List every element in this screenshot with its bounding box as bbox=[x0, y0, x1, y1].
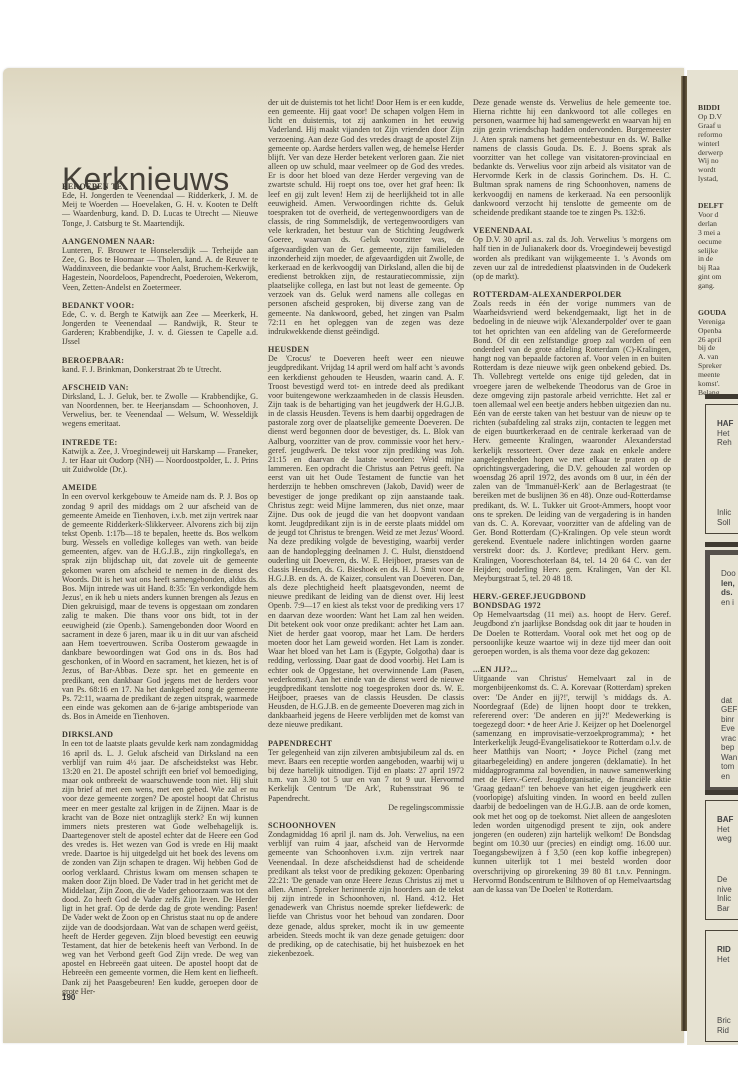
section-body: der uit de duisternis tot het licht! Doo… bbox=[268, 98, 464, 336]
section-body: Zoals reeds in één der vorige nummers va… bbox=[473, 299, 671, 583]
advert-line: De bbox=[717, 875, 732, 885]
article-section: Deze genade wenste ds. Verwelius de hele… bbox=[473, 98, 671, 217]
advert-line: Bric bbox=[717, 1016, 731, 1026]
advert-footer: BricRid bbox=[717, 1016, 731, 1035]
advert-box-2: Doolen,ds.en idatGEFbinrEvevracbepWantom… bbox=[705, 550, 738, 792]
advert-footer: DeniveInlicBar bbox=[717, 875, 732, 913]
section-body: Dirksland, L. J. Geluk, ber. te Zwolle —… bbox=[62, 392, 258, 429]
section-subheading: BONDSDAG 1972 bbox=[473, 601, 671, 610]
advert-line: bep bbox=[721, 743, 737, 753]
column-1: BEROEPEN TE:Ede, H. Jongerden te Veenend… bbox=[62, 182, 258, 1005]
section-heading: BEDANKT VOOR: bbox=[62, 301, 258, 310]
section-body: Lunteren, F. Brouwer te Honselersdijk — … bbox=[62, 246, 258, 292]
advert-box-3: BAFHetwegDeniveInlicBar bbox=[705, 800, 738, 920]
advert-line: dat bbox=[721, 696, 737, 706]
article-section: AFSCHEID VAN:Dirksland, L. J. Geluk, ber… bbox=[62, 383, 258, 429]
divider-bar bbox=[705, 394, 738, 399]
facing-page-column: BIDDIOp D.VGraaf ureformowinterlderwerpW… bbox=[698, 104, 738, 398]
article-section: INTREDE TE:Katwijk a. Zee, J. Vroegindew… bbox=[62, 438, 258, 475]
advert-line: GEF bbox=[721, 705, 737, 715]
advert-line: tom bbox=[721, 762, 737, 772]
advert-line: Eve bbox=[721, 724, 737, 734]
section-heading: AFSCHEID VAN: bbox=[62, 383, 258, 392]
advert-box-1: HAFHetRehInlicSoll bbox=[705, 404, 738, 534]
section-body: Katwijk a. Zee, J. Vroegindeweij uit Har… bbox=[62, 447, 258, 474]
page-number: 190 bbox=[62, 993, 75, 1002]
section-heading: HERV.-GEREF.JEUGDBOND bbox=[473, 592, 671, 601]
section-heading: ROTTERDAM-ALEXANDERPOLDER bbox=[473, 290, 671, 299]
advert-line: Het bbox=[717, 955, 731, 965]
section-body: In een tot de laatste plaats gevulde ker… bbox=[62, 739, 258, 995]
advert-line: Soll bbox=[717, 518, 731, 528]
advert-line: ds. bbox=[721, 588, 736, 598]
article-section: AANGENOMEN NAAR:Lunteren, F. Brouwer te … bbox=[62, 237, 258, 292]
section-heading: SCHOONHOVEN bbox=[268, 821, 464, 830]
article-section: VEENENDAALOp D.V. 30 april a.s. zal ds. … bbox=[473, 226, 671, 281]
facing-page: BIDDIOp D.VGraaf ureformowinterlderwerpW… bbox=[687, 70, 738, 1045]
advert-line: Inlic bbox=[717, 894, 732, 904]
article-section: BEDANKT VOOR:Ede, C. v. d. Bergh te Katw… bbox=[62, 301, 258, 347]
article-section: BEROEPEN TE:Ede, H. Jongerden te Veenend… bbox=[62, 182, 258, 228]
advert-line: Rid bbox=[717, 1026, 731, 1036]
section-heading: BEROEPEN TE: bbox=[62, 182, 258, 191]
article-section: DIRKSLANDIn een tot de laatste plaats ge… bbox=[62, 730, 258, 996]
section-body: kand. F. J. Brinkman, Donkerstraat 2b te… bbox=[62, 365, 258, 374]
advert-line: en i bbox=[721, 598, 736, 608]
article-section: AMEIDEIn een overvol kerkgebouw te Ameid… bbox=[62, 483, 258, 721]
facing-text-line: lystad, bbox=[698, 175, 738, 184]
section-body: Deze genade wenste ds. Verwelius de hele… bbox=[473, 98, 671, 217]
signature: De regelingscommissie bbox=[268, 803, 464, 812]
advert-box-4: RIDHetBricRid bbox=[705, 930, 738, 1042]
advert-line: len, bbox=[721, 579, 736, 589]
section-body: Ter gelegenheid van zijn zilveren ambtsj… bbox=[268, 748, 464, 803]
facing-text-line: gang. bbox=[698, 282, 738, 291]
section-heading: ...EN JIJ?... bbox=[473, 665, 671, 674]
advert-line: HAF bbox=[717, 419, 733, 429]
advert-line: BAF bbox=[717, 815, 733, 825]
article-section: PAPENDRECHTTer gelegenheid van zijn zilv… bbox=[268, 739, 464, 812]
facing-text-line bbox=[698, 184, 738, 193]
column-3: Deze genade wenste ds. Verwelius de hele… bbox=[473, 98, 671, 903]
section-body: De 'Crocus' te Doeveren heeft weer een n… bbox=[268, 354, 464, 729]
advert-line: Bar bbox=[717, 904, 732, 914]
advert-line: Het bbox=[717, 825, 733, 835]
article-section: HEUSDENDe 'Crocus' te Doeveren heeft wee… bbox=[268, 345, 464, 730]
article-section: BEROEPBAAR:kand. F. J. Brinkman, Donkers… bbox=[62, 356, 258, 374]
section-body: Op Hemelvaartsdag (11 mei) a.s. hoopt de… bbox=[473, 610, 671, 656]
advert-line: nive bbox=[717, 885, 732, 895]
advert-header: BAFHetweg bbox=[717, 815, 733, 844]
advert-line: Doo bbox=[721, 569, 736, 579]
article-section: ROTTERDAM-ALEXANDERPOLDERZoals reeds in … bbox=[473, 290, 671, 583]
section-heading: HEUSDEN bbox=[268, 345, 464, 354]
article-section: ...EN JIJ?...Uitgaande van Christus' Hem… bbox=[473, 665, 671, 894]
advert-line: vrac bbox=[721, 734, 737, 744]
column-2: der uit de duisternis tot het licht! Doo… bbox=[268, 98, 464, 967]
advert-line: Inlic bbox=[717, 508, 731, 518]
section-heading: VEENENDAAL bbox=[473, 226, 671, 235]
section-body: Ede, H. Jongerden te Veenendaal — Ridder… bbox=[62, 191, 258, 228]
section-heading: AANGENOMEN NAAR: bbox=[62, 237, 258, 246]
section-heading: PAPENDRECHT bbox=[268, 739, 464, 748]
section-heading: AMEIDE bbox=[62, 483, 258, 492]
advert-line: Het bbox=[717, 429, 733, 439]
advert-line: Reh bbox=[717, 438, 733, 448]
advert-header: RIDHet bbox=[717, 945, 731, 964]
section-body: In een overvol kerkgebouw te Ameide nam … bbox=[62, 492, 258, 721]
section-body: Ede, C. v. d. Bergh te Katwijk aan Zee —… bbox=[62, 310, 258, 347]
section-heading: INTREDE TE: bbox=[62, 438, 258, 447]
advert-line: binr bbox=[721, 715, 737, 725]
article-section: SCHOONHOVENZondagmiddag 16 april jl. nam… bbox=[268, 821, 464, 958]
article-section: HERV.-GEREF.JEUGDBONDBONDSDAG 1972Op Hem… bbox=[473, 592, 671, 656]
section-heading: DIRKSLAND bbox=[62, 730, 258, 739]
advert-footer: InlicSoll bbox=[717, 508, 731, 527]
advert-line: RID bbox=[717, 945, 731, 955]
section-heading: BEROEPBAAR: bbox=[62, 356, 258, 365]
article-section: der uit de duisternis tot het licht! Doo… bbox=[268, 98, 464, 336]
divider-bar bbox=[705, 790, 738, 795]
advert-line: en bbox=[721, 772, 737, 782]
advert-header: Doolen,ds.en i bbox=[721, 569, 736, 607]
advert-line: weg bbox=[717, 834, 733, 844]
advert-footer: datGEFbinrEvevracbepWantomen bbox=[721, 696, 737, 782]
section-body: Op D.V. 30 april a.s. zal ds. Joh. Verwe… bbox=[473, 235, 671, 281]
advert-line: Wan bbox=[721, 753, 737, 763]
divider-bar bbox=[705, 542, 738, 547]
section-body: Uitgaande van Christus' Hemelvaart zal i… bbox=[473, 674, 671, 894]
section-body: Zondagmiddag 16 april jl. nam ds. Joh. V… bbox=[268, 830, 464, 958]
advert-header: HAFHetReh bbox=[717, 419, 733, 448]
facing-text-line bbox=[698, 291, 738, 300]
